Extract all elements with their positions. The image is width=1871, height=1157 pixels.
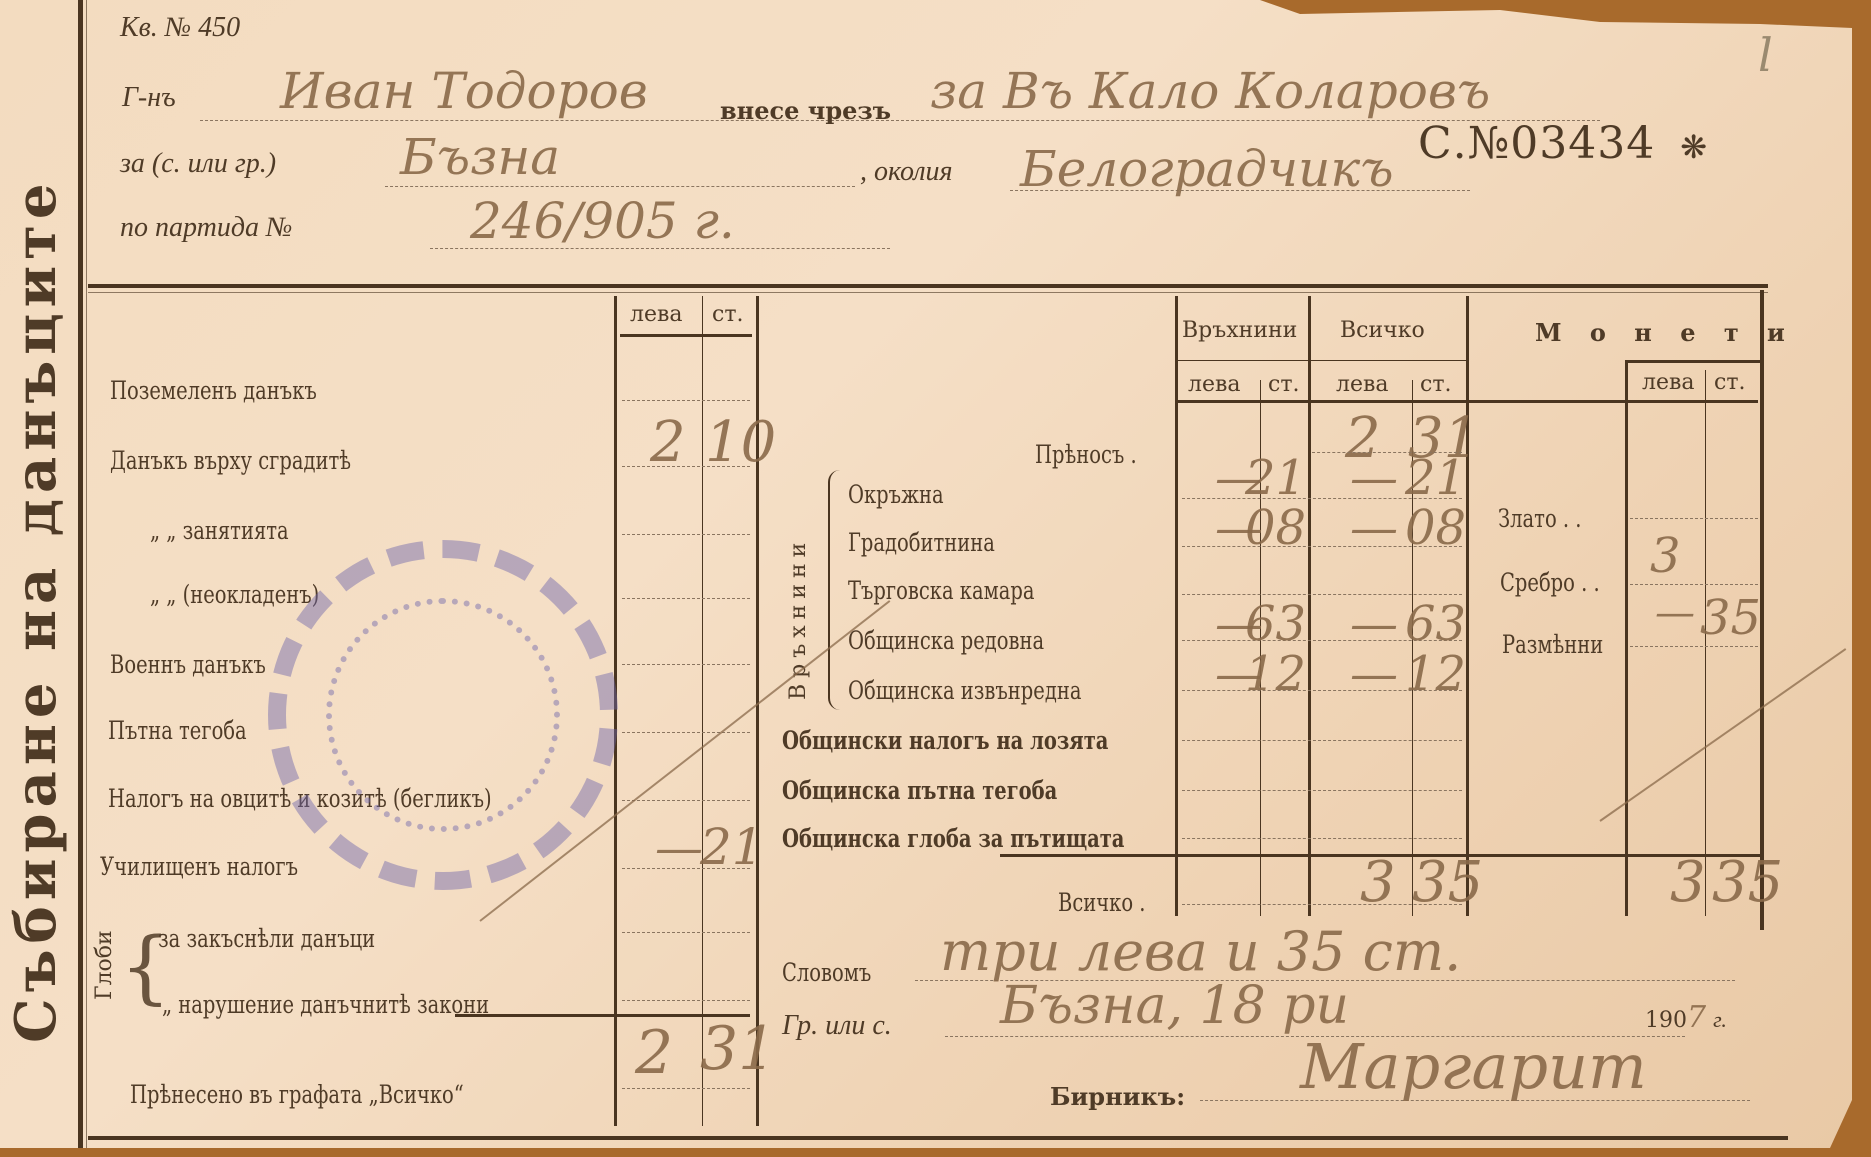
year-suffix: г. <box>1713 1007 1727 1032</box>
hail-v-st: 08 <box>1245 500 1306 556</box>
row-road-duty: Пътна тегоба <box>108 716 247 745</box>
row-violation-fine: „ нарушение данъчнитѣ закони <box>162 990 489 1019</box>
coins-total-st: 35 <box>1712 850 1783 915</box>
row-municipal-road-duty: Общинска пътна тегоба <box>782 776 1057 805</box>
district-label: , околия <box>860 156 953 188</box>
mid-total-leva: 3 <box>1360 850 1396 915</box>
receipt-number-value: 450 <box>198 12 240 43</box>
coins-total-leva: 3 <box>1670 850 1706 915</box>
bottom-border <box>88 1136 1788 1140</box>
paid-through-handwritten: за Въ Кало Коларовъ <box>930 62 1490 120</box>
surcharges-group-label: Връхнини <box>786 537 811 700</box>
mid-sub-leva-2: лева <box>1336 372 1389 397</box>
ornament-icon: ❋ <box>1680 128 1708 166</box>
school-tax-leva: — <box>655 820 703 876</box>
row-building-tax: Данъкъ върху сградитѣ <box>110 446 351 475</box>
carried-label: Прѣнесено въ графата „Всичко“ <box>130 1080 464 1109</box>
row-line <box>622 534 750 535</box>
year: 1907 г. <box>1645 1000 1727 1035</box>
row-hail-insurance: Градобитнина <box>848 528 995 557</box>
municipal-extra-a-leva: — <box>1350 646 1398 702</box>
serial-number: С.№03434 ❋ <box>1418 118 1708 169</box>
payer-handwritten: Иван Тодоров <box>280 62 648 120</box>
row-line <box>1182 594 1462 595</box>
mid-sub-st-1: ст. <box>1268 372 1300 397</box>
row-unassessed-tax: „ „ (неокладенъ) <box>150 580 319 609</box>
district-surcharge-a-st: 21 <box>1405 450 1466 506</box>
coins-col-leva: лева <box>1642 370 1695 395</box>
left-head-underline <box>620 334 752 337</box>
mid-group-head-total: Всичко <box>1340 318 1425 343</box>
side-title: Събиране на данъците <box>0 60 76 1157</box>
year-printed: 190 <box>1645 1008 1687 1033</box>
account-label: по партида № <box>120 212 292 244</box>
coins-title: М о н е т и <box>1535 318 1795 347</box>
mid-total-label: Всичко . <box>1058 888 1145 917</box>
collector-signature: Маргарит <box>1300 1030 1647 1103</box>
row-late-tax-fine: за закъснѣли данъци <box>158 924 375 953</box>
place-label: Гр. или с. <box>782 1010 892 1042</box>
row-line <box>622 664 750 665</box>
paid-through-label: внесе чрезъ <box>720 96 891 125</box>
payer-label: Г-нъ <box>122 82 176 114</box>
municipal-regular-a-st: 63 <box>1405 596 1466 652</box>
coins-row-exchange: Размѣнни <box>1502 630 1603 659</box>
municipal-regular-a-leva: — <box>1350 596 1398 652</box>
row-line <box>1182 790 1462 791</box>
village-handwritten: Бъзна <box>400 128 560 186</box>
row-municipal-vineyard-tax: Общински налогъ на лозята <box>782 726 1108 755</box>
row-land-tax: Поземеленъ данъкъ <box>110 376 317 405</box>
building-tax-leva: 2 <box>650 410 686 475</box>
row-line <box>1630 646 1758 647</box>
row-line <box>1630 584 1758 585</box>
coins-row-gold: Злато . . <box>1498 504 1581 533</box>
mid-sub-leva-1: лева <box>1188 372 1241 397</box>
row-line <box>1182 838 1462 839</box>
coins-exchange-st: 35 <box>1700 590 1761 646</box>
coins-silver-leva: 3 <box>1650 528 1681 584</box>
row-line <box>1182 740 1462 741</box>
municipal-extra-a-st: 12 <box>1405 646 1466 702</box>
in-words-label: Словомъ <box>782 958 871 987</box>
coins-exchange-leva: — <box>1655 590 1695 636</box>
mid-head-underline <box>1178 400 1758 403</box>
collector-label: Бирникъ: <box>1050 1082 1185 1111</box>
municipal-regular-v-st: 63 <box>1245 596 1306 652</box>
corner-mark: l <box>1758 28 1773 82</box>
village-line <box>385 186 855 187</box>
receipt-number: Кв. № 450 <box>120 12 240 44</box>
mid-col-border-5 <box>1466 296 1469 916</box>
row-military-tax: Военнъ данъкъ <box>110 650 266 679</box>
coins-col-border-1 <box>1625 360 1628 916</box>
hail-a-leva: — <box>1350 500 1398 556</box>
row-line <box>622 1000 750 1001</box>
table-top-border <box>88 284 1768 288</box>
left-col-head-st: ст. <box>712 302 744 327</box>
mid-group-head-surcharges: Връхнини <box>1182 318 1297 343</box>
spine-border <box>78 0 83 1148</box>
serial-label: С.№ <box>1418 118 1510 169</box>
row-line <box>622 932 750 933</box>
coins-row-silver: Сребро . . <box>1500 568 1600 597</box>
account-handwritten: 246/905 г. <box>470 192 735 250</box>
building-tax-st: 10 <box>705 410 776 475</box>
surcharges-brace <box>828 470 842 710</box>
row-line <box>622 1088 750 1089</box>
mid-col-border-1 <box>1175 296 1178 916</box>
row-line <box>622 800 750 801</box>
carried-leva: 2 <box>635 1018 673 1088</box>
carry-label: Прѣносъ . <box>1035 440 1137 469</box>
district-handwritten: Белоградчикъ <box>1020 140 1394 198</box>
payer-line <box>200 120 1600 121</box>
receipt-paper: Събиране на данъците Кв. № 450 l Г-нъ Ив… <box>0 0 1852 1148</box>
row-district-surcharge: Окръжна <box>848 480 944 509</box>
row-chamber-of-commerce: Търговска камара <box>848 576 1034 605</box>
row-occupation-tax: „ „ занятията <box>150 516 289 545</box>
row-municipal-extraordinary: Общинска извънредна <box>848 676 1081 705</box>
receipt-number-label: Кв. № <box>120 12 191 43</box>
table-top-border-inner <box>88 292 1768 293</box>
serial-value: 03434 <box>1510 118 1655 169</box>
municipal-extra-v-st: 12 <box>1245 646 1306 702</box>
official-stamp <box>268 540 618 890</box>
left-col-border-2 <box>702 296 703 1126</box>
district-surcharge-a-leva: — <box>1350 450 1398 506</box>
cancel-stroke-right <box>1599 648 1846 822</box>
carried-st: 31 <box>700 1014 776 1084</box>
row-line <box>622 400 750 401</box>
row-school-tax: Училищенъ налогъ <box>100 852 298 881</box>
district-surcharge-v-st: 21 <box>1245 450 1306 506</box>
coins-col-st: ст. <box>1714 370 1746 395</box>
place-handwritten: Бъзна, 18 ри <box>1000 976 1349 1036</box>
row-municipal-road-fine: Общинска глоба за пътищата <box>782 824 1124 853</box>
mid-sub-st-2: ст. <box>1420 372 1452 397</box>
mid-col-border-3 <box>1308 296 1311 916</box>
row-line <box>1630 518 1758 519</box>
year-handwritten: 7 <box>1687 1000 1706 1035</box>
row-line <box>622 598 750 599</box>
hail-a-st: 08 <box>1405 500 1466 556</box>
coins-subhead-top <box>1625 360 1761 363</box>
row-line <box>622 732 750 733</box>
spine-border-inner <box>86 0 87 1148</box>
village-label: за (с. или гр.) <box>120 148 276 180</box>
mid-head-divider <box>1178 360 1466 361</box>
in-words-handwritten: три лева и 35 ст. <box>940 920 1461 983</box>
mid-total-st: 35 <box>1412 850 1483 915</box>
fines-group-label: Глоби <box>92 930 117 1000</box>
left-col-head-leva: лева <box>630 302 683 327</box>
row-municipal-regular: Общинска редовна <box>848 626 1044 655</box>
school-tax-st: 21 <box>700 818 764 876</box>
